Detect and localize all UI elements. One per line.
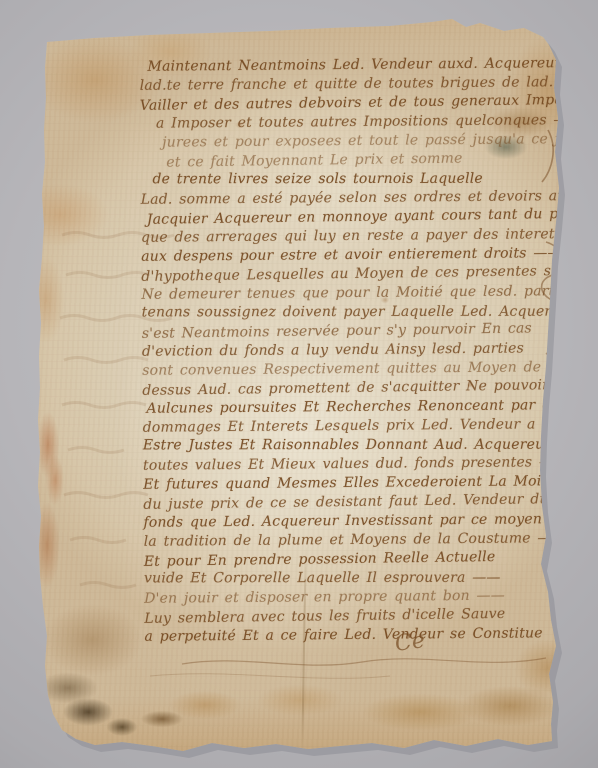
photo-backdrop: Maintenant Neantmoins Led. Vendeur auxd.…	[0, 0, 598, 768]
manuscript-page: Maintenant Neantmoins Led. Vendeur auxd.…	[0, 0, 598, 768]
closing-paraph: Ce	[393, 628, 426, 657]
manuscript-line: Estre Justes Et Raisonnables Donnant Aud…	[143, 436, 557, 456]
manuscript-line: dommages Et Interets Lesquels prix Led. …	[143, 415, 557, 438]
manuscript-text: Maintenant Neantmoins Led. Vendeur auxd.…	[139, 54, 558, 647]
manuscript-line: vuide Et Corporelle Laquelle Il esprouve…	[144, 569, 558, 589]
manuscript-line: a perpetuité Et a ce faire Led. Vendeur …	[144, 624, 558, 647]
manuscript-line: de trente livres seize sols tournois Laq…	[152, 170, 554, 190]
manuscript-line: Ne demeurer tenues que pour la Moitié qu…	[141, 282, 555, 305]
